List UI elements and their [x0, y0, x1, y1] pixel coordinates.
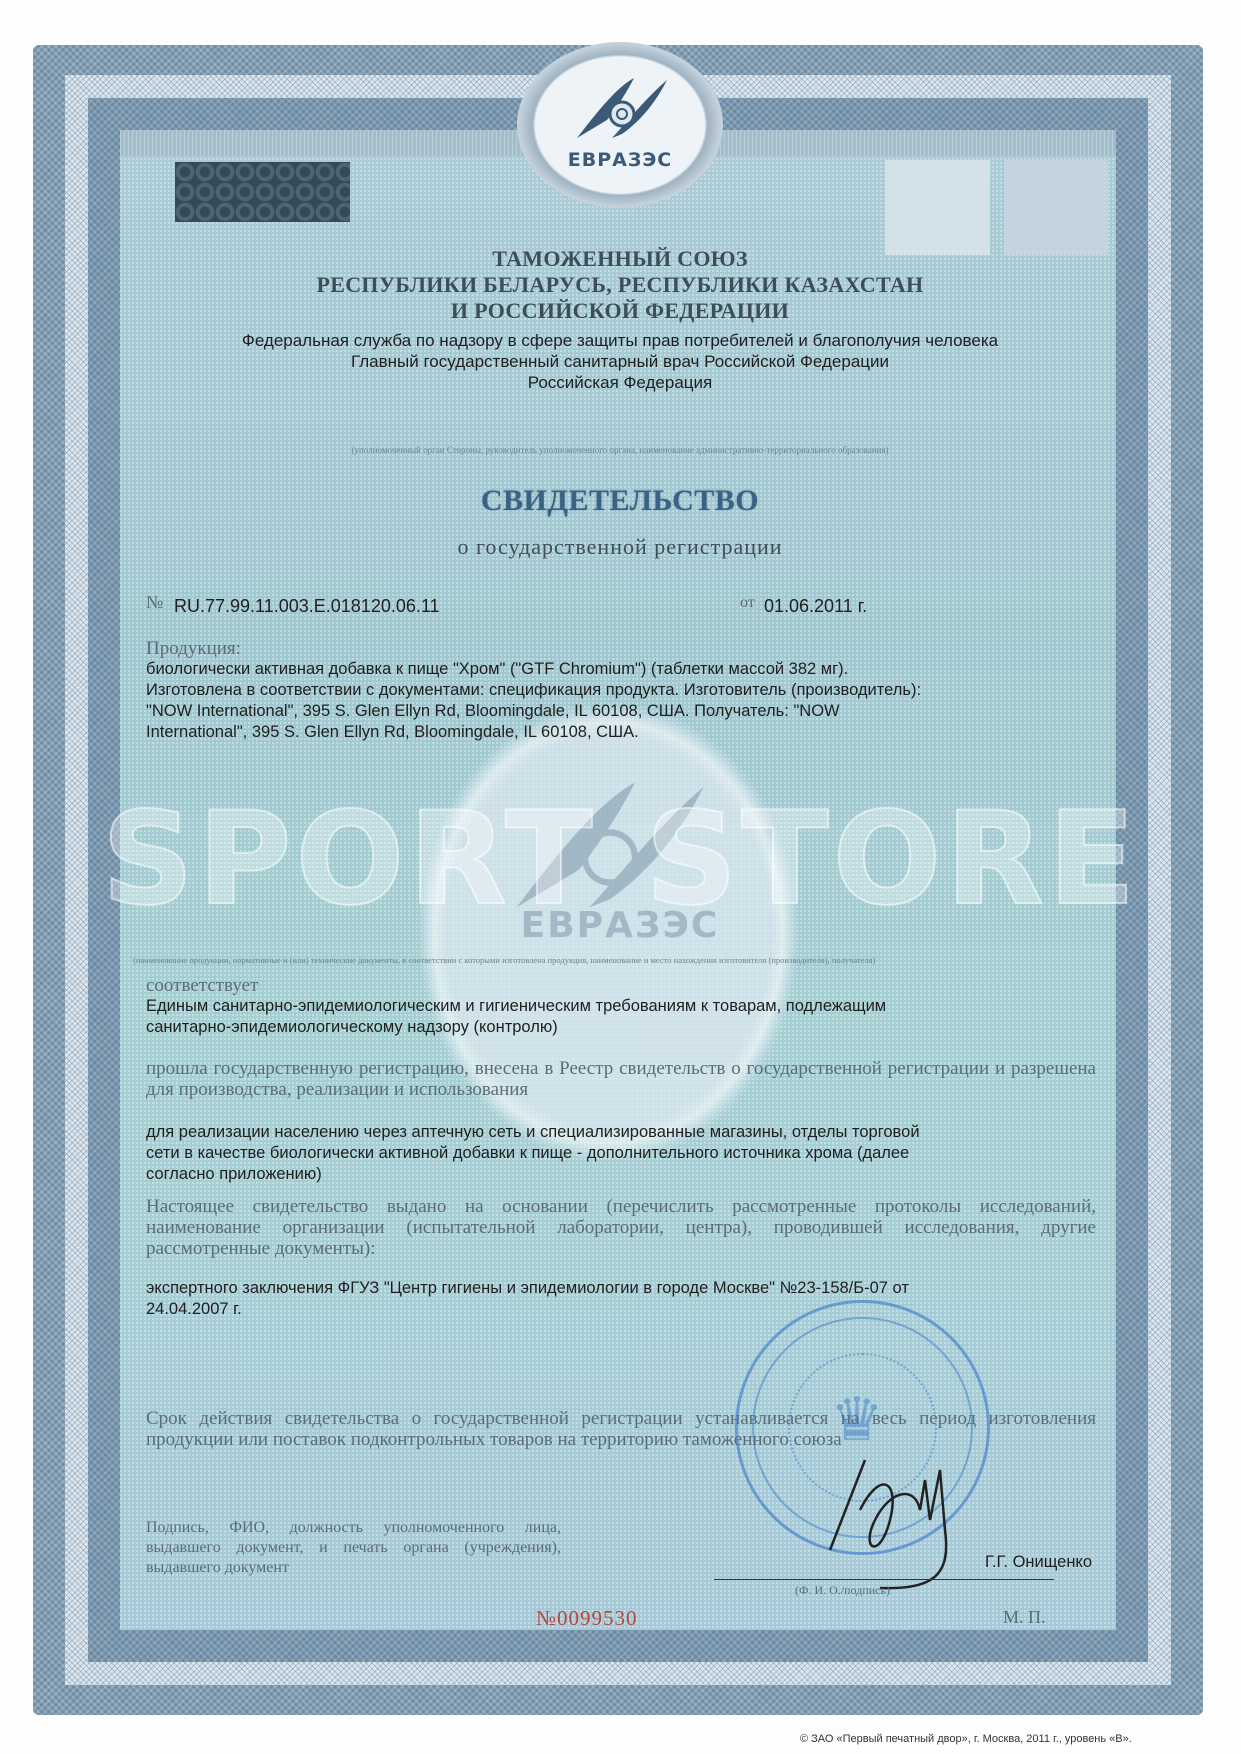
conformity-text: Единым санитарно-эпидемиологическим и ги…: [146, 996, 1106, 1038]
union-line: РЕСПУБЛИКИ БЕЛАРУСЬ, РЕСПУБЛИКИ КАЗАХСТА…: [120, 272, 1120, 298]
handwritten-signature-icon: [820, 1440, 1000, 1590]
number-sign: №: [146, 592, 163, 613]
signature-label: Подпись, ФИО, должность уполномоченного …: [146, 1518, 561, 1578]
usage-line: сети в качестве биологически активной до…: [146, 1143, 1136, 1164]
hologram-right: [1004, 160, 1108, 255]
basis-documents: экспертного заключения ФГУЗ "Центр гигие…: [146, 1278, 1136, 1320]
basis-line: 24.04.2007 г.: [146, 1299, 1136, 1320]
agency-line: Российская Федерация: [120, 372, 1120, 393]
signature-line: [714, 1579, 1054, 1580]
product-description: биологически активная добавка к пище "Хр…: [146, 659, 1136, 743]
usage-line: согласно приложению): [146, 1164, 1136, 1185]
sport-store-watermark: SPORT STORE: [0, 785, 1241, 934]
customs-union-title: ТАМОЖЕННЫЙ СОЮЗ РЕСПУБЛИКИ БЕЛАРУСЬ, РЕС…: [120, 246, 1120, 324]
printer-imprint: © ЗАО «Первый печатный двор», г. Москва,…: [800, 1733, 1132, 1745]
agency-line: Главный государственный санитарный врач …: [120, 351, 1120, 372]
product-line: International", 395 S. Glen Ellyn Rd, Bl…: [146, 722, 1136, 743]
union-line: ТАМОЖЕННЫЙ СОЮЗ: [120, 246, 1120, 272]
issuing-agency: Федеральная служба по надзору в сфере за…: [120, 330, 1120, 393]
security-pattern-block: [175, 162, 350, 222]
registration-number: RU.77.99.11.003.Е.018120.06.11: [174, 596, 440, 617]
certificate-subtitle: о государственной регистрации: [120, 534, 1120, 560]
signature-line-caption: (Ф. И. О./подпись): [795, 1583, 890, 1598]
product-line: "NOW International", 395 S. Glen Ellyn R…: [146, 701, 1136, 722]
basis-line: экспертного заключения ФГУЗ "Центр гигие…: [146, 1278, 1136, 1299]
eurasec-emblem: ЕВРАЗЭС: [517, 42, 723, 208]
form-serial-number: №0099530: [536, 1606, 638, 1631]
emblem-text: ЕВРАЗЭС: [517, 149, 723, 171]
signatory-name: Г.Г. Онищенко: [985, 1553, 1092, 1572]
conformity-label: соответствует: [146, 975, 258, 997]
usage-line: для реализации населению через аптечную …: [146, 1122, 1136, 1143]
hologram-left: [885, 160, 990, 255]
seal-place-mark: М. П.: [1003, 1607, 1046, 1628]
union-line: И РОССИЙСКОЙ ФЕДЕРАЦИИ: [120, 298, 1120, 324]
certificate-title: СВИДЕТЕЛЬСТВО: [120, 484, 1120, 518]
registration-statement: прошла государственную регистрацию, внес…: [146, 1058, 1096, 1100]
date-label: от: [740, 594, 755, 612]
product-label: Продукция:: [146, 638, 241, 660]
usage-scope: для реализации населению через аптечную …: [146, 1122, 1136, 1185]
conformity-line: Единым санитарно-эпидемиологическим и ги…: [146, 996, 1106, 1017]
authority-caption: (уполномоченный орган Стороны, руководит…: [200, 445, 1040, 455]
registration-date: 01.06.2011 г.: [764, 596, 867, 617]
agency-line: Федеральная служба по надзору в сфере за…: [120, 330, 1120, 351]
product-line: биологически активная добавка к пище "Хр…: [146, 659, 1136, 680]
product-line: Изготовлена в соответствии с документами…: [146, 680, 1136, 701]
product-caption: (наименование продукции, нормативные и (…: [133, 955, 1103, 965]
eurasec-logo-icon: [572, 72, 672, 144]
conformity-line: санитарно-эпидемиологическому надзору (к…: [146, 1017, 1106, 1038]
basis-statement: Настоящее свидетельство выдано на основа…: [146, 1196, 1096, 1259]
